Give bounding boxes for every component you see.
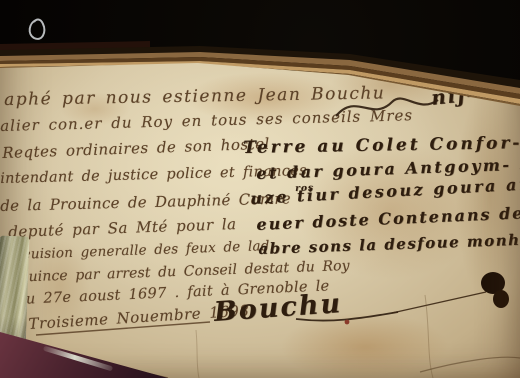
chalk-loop-mark xyxy=(0,0,80,50)
manuscript-photo: aphé par nous estienne Jean Bouchu nij- … xyxy=(0,0,520,378)
manuscript-line: Reqtes ordinaires de son hostel xyxy=(2,135,270,162)
paraph-mark: nij- xyxy=(430,81,478,110)
water-stain xyxy=(280,312,450,378)
manuscript-page: aphé par nous estienne Jean Bouchu nij- … xyxy=(0,0,520,378)
manuscript-line: de la Prouince de Dauphiné Comre xyxy=(0,189,291,215)
manuscript-line: deputé par Sa Mté pour la xyxy=(8,215,237,241)
